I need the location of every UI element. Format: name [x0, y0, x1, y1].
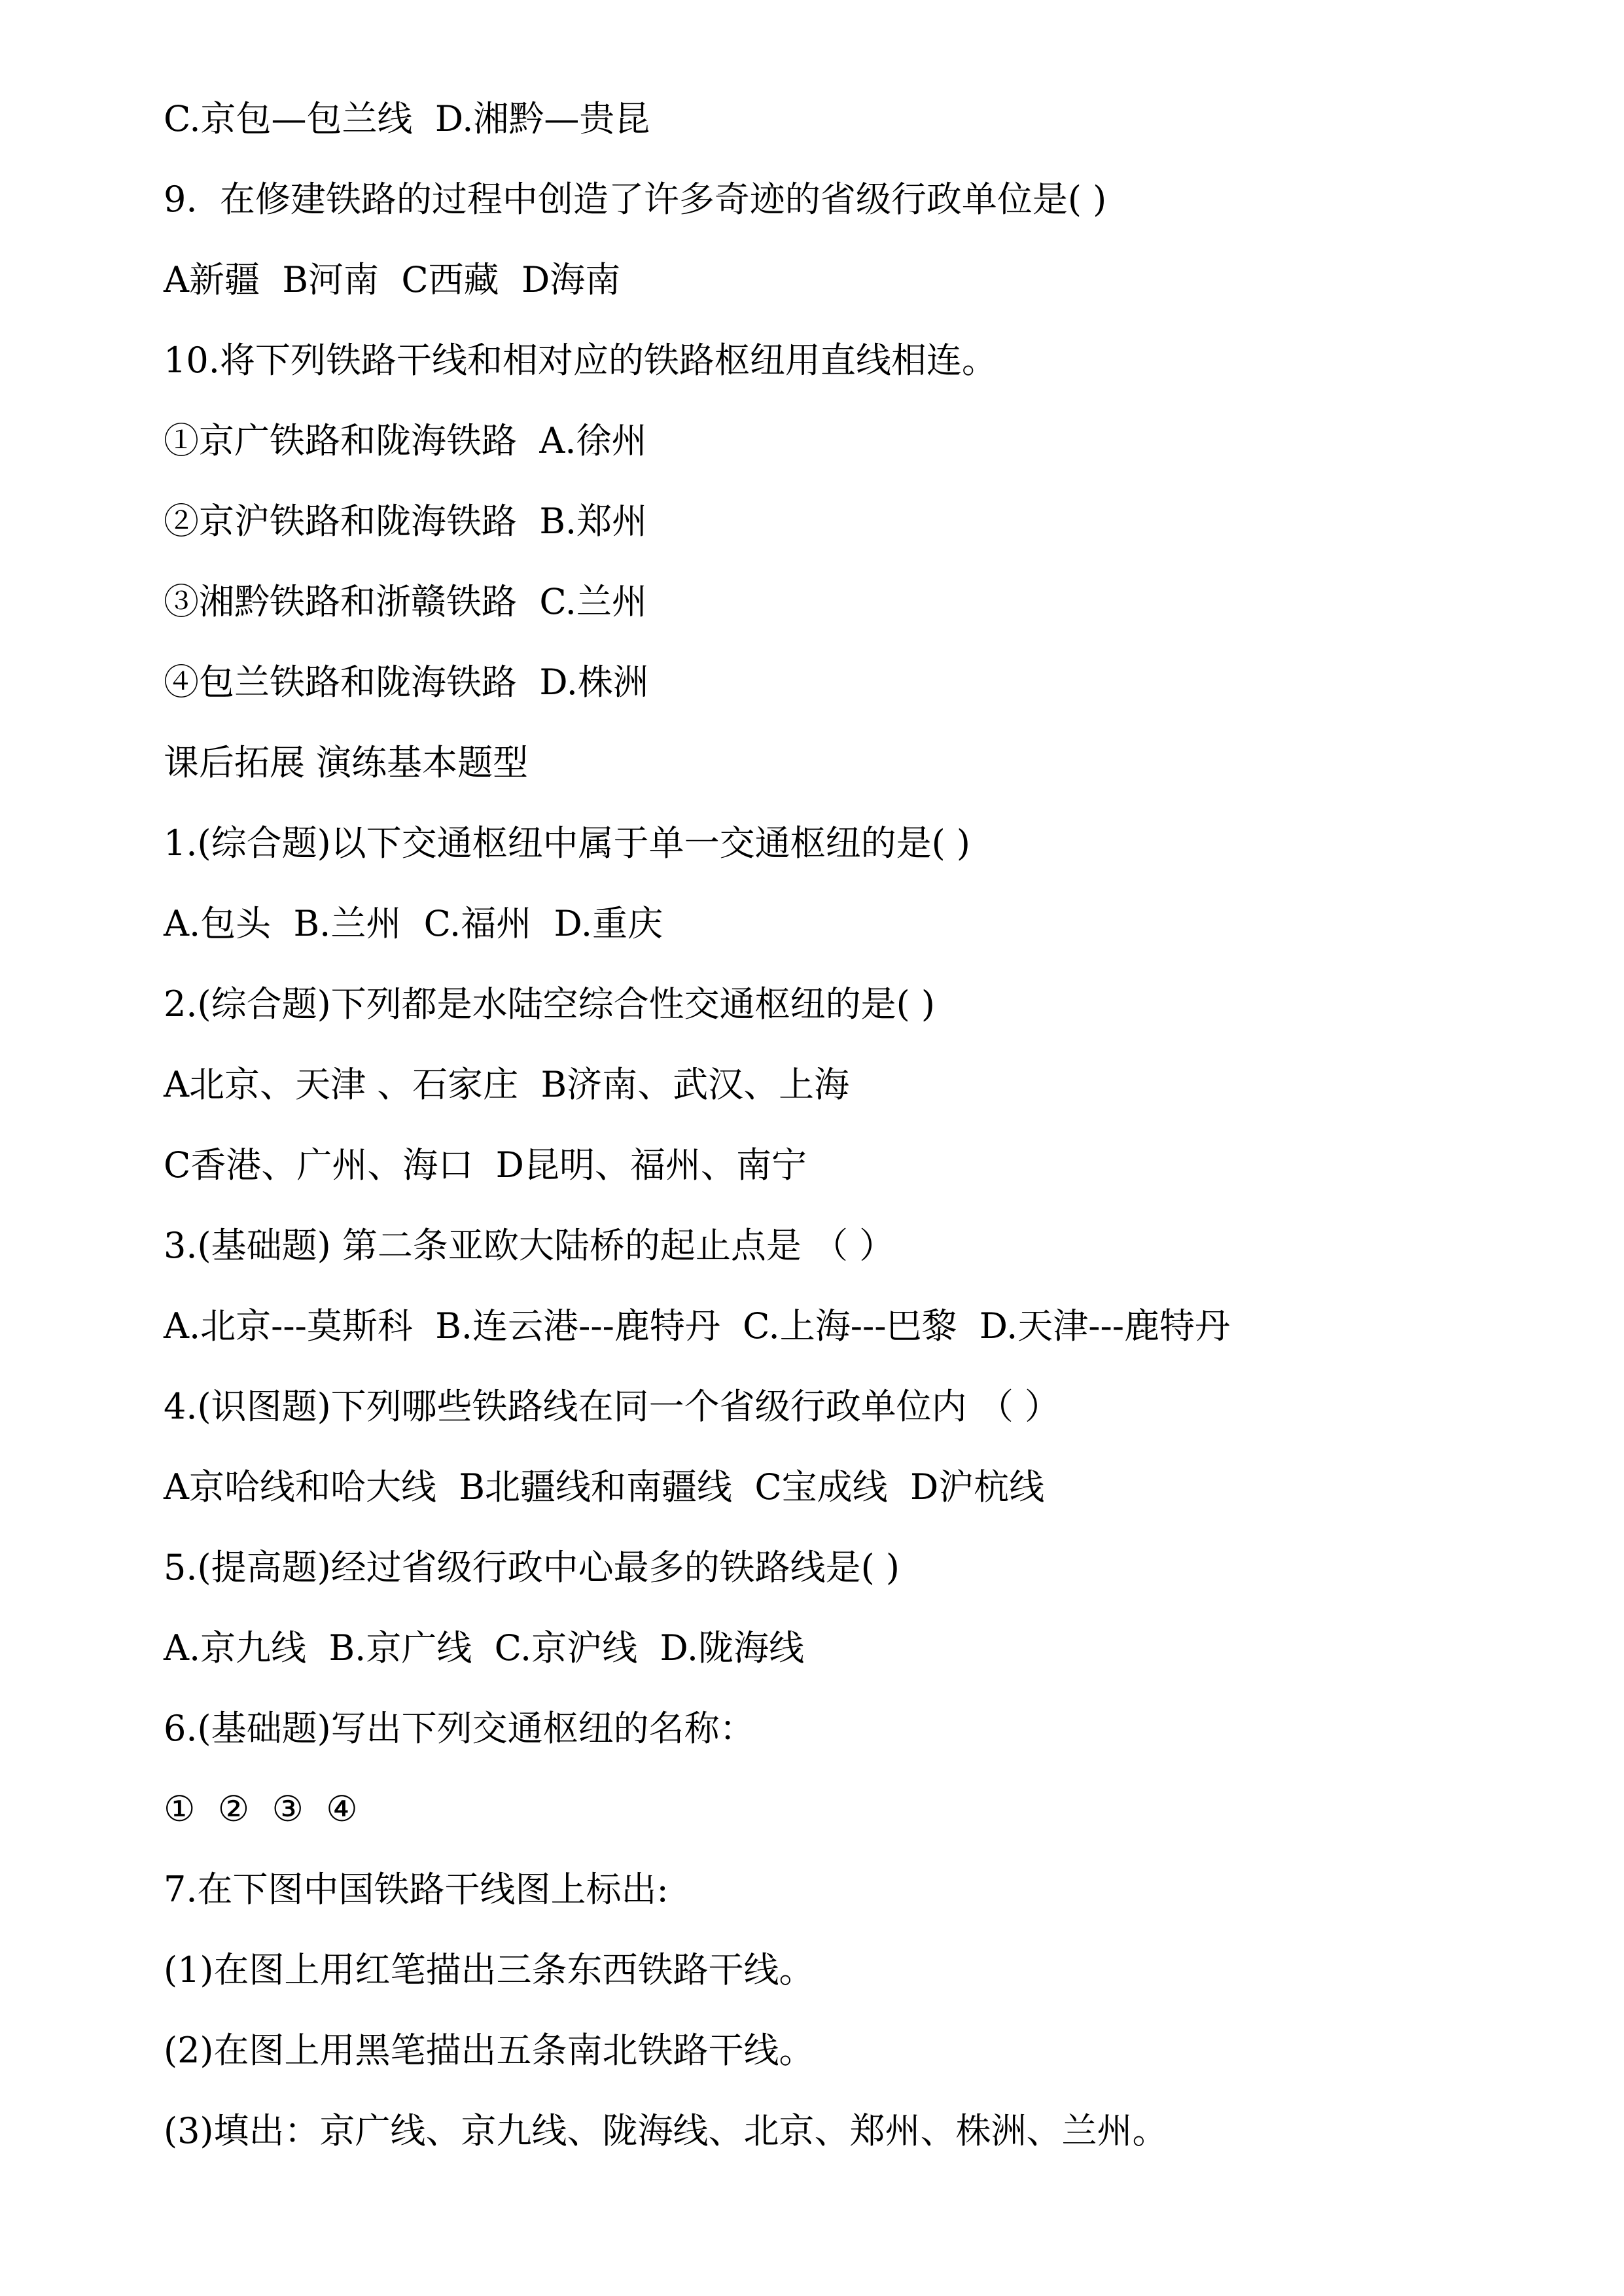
text-line-question-7-sub-3: (3)填出：京广线、京九线、陇海线、北京、郑州、株洲、兰州。 — [164, 2091, 1585, 2171]
text-line-question-1-options: A.包头 B.兰州 C.福州 D.重庆 — [164, 883, 1585, 964]
text-line-question-4-options: A京哈线和哈大线 B北疆线和南疆线 C宝成线 D沪杭线 — [164, 1447, 1585, 1527]
text-line-match-item-2: ②京沪铁路和陇海铁路 B.郑州 — [164, 481, 1585, 561]
text-line-question-3: 3.(基础题) 第二条亚欧大陆桥的起止点是 （ ） — [164, 1205, 1585, 1286]
text-line-question-2: 2.(综合题)下列都是水陆空综合性交通枢纽的是( ) — [164, 964, 1585, 1044]
text-line-question-5: 5.(提高题)经过省级行政中心最多的铁路线是( ) — [164, 1527, 1585, 1608]
text-line-question-7-sub-1: (1)在图上用红笔描出三条东西铁路干线。 — [164, 1930, 1585, 2010]
text-line-question-3-options: A.北京---莫斯科 B.连云港---鹿特丹 C.上海---巴黎 D.天津---… — [164, 1286, 1585, 1366]
text-line-question-2-options-cd: C香港、广州、海口 D昆明、福州、南宁 — [164, 1125, 1585, 1205]
document-body: C.京包—包兰线 D.湘黔—贵昆 9. 在修建铁路的过程中创造了许多奇迹的省级行… — [0, 0, 1624, 2171]
text-line-match-item-1: ①京广铁路和陇海铁路 A.徐州 — [164, 400, 1585, 481]
text-line-question-7: 7.在下图中国铁路干线图上标出: — [164, 1849, 1585, 1930]
text-line-question-9: 9. 在修建铁路的过程中创造了许多奇迹的省级行政单位是( ) — [164, 159, 1585, 239]
text-line-match-item-4: ④包兰铁路和陇海铁路 D.株洲 — [164, 642, 1585, 722]
text-line-question-10: 10.将下列铁路干线和相对应的铁路枢纽用直线相连。 — [164, 320, 1585, 400]
text-line-question-6: 6.(基础题)写出下列交通枢纽的名称： — [164, 1688, 1585, 1769]
text-line-question-4: 4.(识图题)下列哪些铁路线在同一个省级行政单位内 （ ） — [164, 1366, 1585, 1447]
document-page: C.京包—包兰线 D.湘黔—贵昆 9. 在修建铁路的过程中创造了许多奇迹的省级行… — [0, 0, 1624, 2296]
text-line-question-7-sub-2: (2)在图上用黑笔描出五条南北铁路干线。 — [164, 2010, 1585, 2091]
text-line-match-item-3: ③湘黔铁路和浙赣铁路 C.兰州 — [164, 561, 1585, 642]
text-line-question-6-blanks: ① ② ③ ④ — [164, 1769, 1585, 1849]
text-line-question-9-options: A新疆 B河南 C西藏 D海南 — [164, 239, 1585, 320]
text-line-question-5-options: A.京九线 B.京广线 C.京沪线 D.陇海线 — [164, 1608, 1585, 1688]
text-line-option-c-d: C.京包—包兰线 D.湘黔—贵昆 — [164, 79, 1585, 159]
section-heading: 课后拓展 演练基本题型 — [164, 722, 1585, 803]
text-line-question-2-options-ab: A北京、天津 、石家庄 B济南、武汉、上海 — [164, 1044, 1585, 1125]
text-line-question-1: 1.(综合题)以下交通枢纽中属于单一交通枢纽的是( ) — [164, 803, 1585, 883]
